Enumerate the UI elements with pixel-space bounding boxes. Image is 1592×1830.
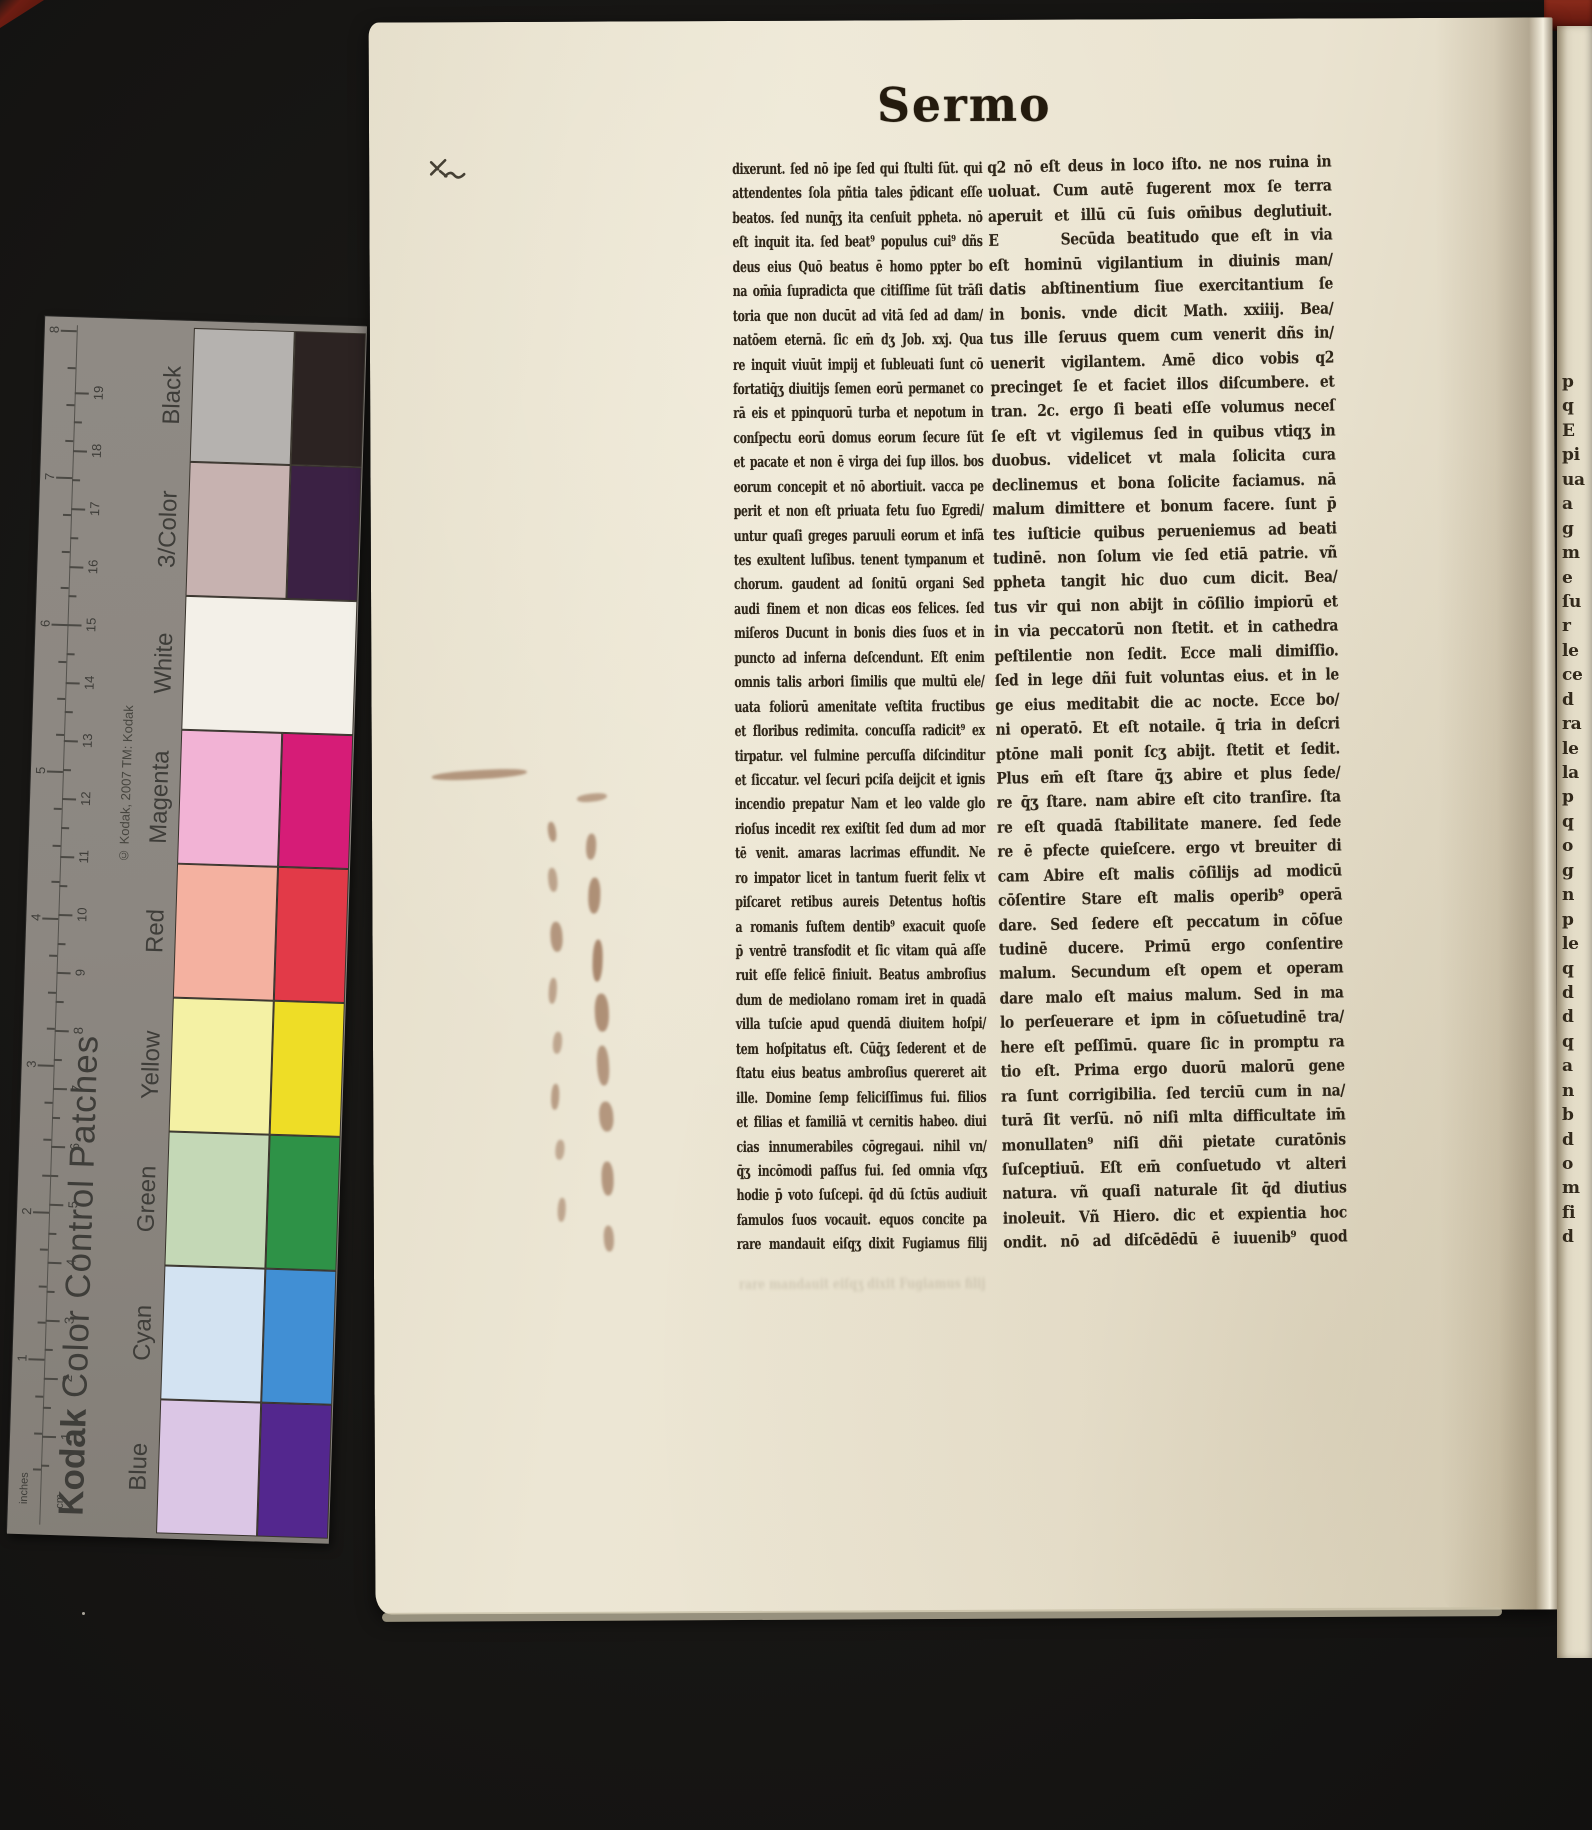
inch-quarter-tick (35, 1395, 43, 1397)
inch-number: 6 (38, 611, 53, 635)
fragment-line: o (1562, 834, 1592, 858)
text-line: puncto ad inferna deſcendunt. Eſt enim (734, 645, 984, 671)
text-line: eorum concepit et nō abortiuit. vacca pe (734, 474, 984, 500)
patch-label-white: White (132, 595, 196, 731)
patch-label-red: Red (124, 863, 188, 999)
ink-blob (555, 1139, 566, 1160)
ink-blob (577, 792, 608, 803)
book-binding-corner-left (0, 0, 44, 28)
patch-tint-green (165, 1133, 268, 1268)
fragment-line: g (1562, 859, 1592, 883)
text-line: rā eis et ppinquorū turba et nepotum in (733, 400, 983, 426)
patch-tint-yellow (170, 999, 273, 1134)
inch-tick (61, 330, 77, 333)
text-line: ondit. nō ad diſcēdēdū ē iuuenib⁹ quod (1003, 1225, 1347, 1256)
fragment-line: E (1562, 419, 1592, 443)
text-line: et floribus redimita. concuſſa radicit⁹ … (735, 718, 985, 744)
text-line: ſtatu eius beatus ambroſius quereret ait (736, 1060, 986, 1086)
fragment-line: le (1562, 932, 1592, 956)
text-line: tem hoſpitatus eſt. Cūq̄ʒ ſederent et de (736, 1036, 986, 1062)
fragment-line: q (1562, 957, 1592, 981)
cm-half-tick (67, 653, 75, 655)
text-line: attendentes ſola pñtia tales p̄dicant eſ… (732, 180, 982, 206)
ink-blob (548, 978, 558, 1004)
text-line: eſt inquit ita. ſed beat⁹ populus cui⁹ d… (732, 229, 982, 255)
text-line: miſeros Ducunt in bonis dies ſuos et in (734, 620, 984, 646)
ink-blob (550, 921, 564, 952)
inch-tick (51, 624, 67, 627)
inch-quarter-tick (62, 550, 70, 552)
fragment-line: q (1562, 1030, 1592, 1054)
text-line: tes exultent luſibus. tenent tympanum et (734, 547, 984, 573)
ink-blob (552, 1031, 563, 1054)
fragment-line: le (1562, 639, 1592, 663)
pen-mark-annotation (427, 152, 475, 188)
fragment-line: m (1562, 541, 1592, 565)
inch-quarter-tick (54, 808, 62, 810)
ink-blob (594, 993, 609, 1032)
text-line: hodie p̄ voto ſuſcepi. q̄d dū ſctūs audi… (737, 1182, 987, 1208)
text-line: conſpectu eorū domus eorum ſecure ſūt (733, 425, 983, 451)
text-line: perit et non eſt priuata fetu ſuo Egredi… (734, 498, 984, 524)
patch-solid-3color (287, 466, 360, 600)
text-line: dum de mediolano romam iret in quadā (736, 987, 986, 1013)
inch-quarter-tick (49, 954, 57, 956)
inch-quarter-tick (57, 697, 65, 699)
ink-blob (586, 833, 597, 859)
text-line: na om̄ia ſupradicta que citiſſime ſūt tr… (733, 278, 983, 304)
patch-tint-black (191, 329, 294, 464)
text-line: ruit eſſe felicē finiuit. Beatus ambroſi… (736, 962, 986, 988)
text-line: ille. Domine ſemp feliciſſimus fui. fili… (736, 1085, 986, 1111)
inch-quarter-tick (61, 587, 69, 589)
inch-tick (38, 1064, 54, 1067)
text-line: chorum. gaudent ad ſonitū organi Sed (734, 571, 984, 597)
patch-tint-cyan (161, 1266, 264, 1401)
patch-label-black: Black (141, 327, 205, 463)
patch-tint-blue (157, 1400, 260, 1535)
patch-solid-cyan (262, 1270, 335, 1404)
kodak-brand-text: Kodak (52, 1408, 94, 1516)
text-line: et ſiccatur. vel ſecuri pciſa deijcit et… (735, 767, 985, 793)
patch-label-cyan: Cyan (111, 1265, 175, 1401)
inch-quarter-tick (42, 1175, 50, 1177)
gutter-shadow (1435, 17, 1560, 1609)
ink-blob (547, 821, 558, 842)
text-line: a romanis fuſtem dentib⁹ exacuit quoſe (735, 913, 985, 939)
fragment-line: d (1562, 688, 1592, 712)
patch-solid-black (292, 332, 365, 466)
marginal-ink-marks (369, 17, 1553, 22)
cm-half-tick (70, 537, 78, 539)
fragment-line: la (1562, 761, 1592, 785)
inch-quarter-tick (68, 367, 76, 369)
fragment-line: a (1562, 492, 1592, 516)
cm-half-tick (47, 1291, 55, 1293)
show-through-text: rare mandauit eiſqʒ dixit Fugiamus filij (739, 1276, 1075, 1295)
ink-blob (601, 1161, 614, 1195)
inch-number: 8 (47, 317, 62, 341)
ink-blob (557, 1198, 566, 1222)
text-line: et pacate et non ē virga dei ſup illos. … (733, 449, 983, 475)
cm-half-tick (65, 711, 73, 713)
cm-tick (67, 624, 81, 626)
cm-tick (69, 566, 83, 568)
inch-quarter-tick (53, 844, 61, 846)
cm-number: 19 (91, 381, 106, 405)
patch-label-green: Green (115, 1131, 179, 1267)
fragment-line: a (1562, 1054, 1592, 1078)
ink-blob (551, 1084, 560, 1110)
fragment-line: g (1562, 517, 1592, 541)
inch-quarter-tick (47, 1028, 55, 1030)
fragment-line: n (1562, 1079, 1592, 1103)
fragment-line: p (1562, 370, 1592, 394)
inch-number: 4 (29, 905, 44, 929)
text-line: audi finem et non dicas eos felices. ſed (734, 596, 984, 622)
inch-number: 3 (24, 1052, 39, 1076)
inch-quarter-tick (66, 403, 74, 405)
text-line: natōem eternā. ſic em̄ dʒ Job. xxj. Qua (733, 327, 983, 353)
ink-blob (547, 867, 558, 892)
patch-label-blue: Blue (107, 1399, 171, 1535)
inch-number: 1 (15, 1346, 30, 1370)
fragment-line: p (1562, 785, 1592, 809)
next-page-text-fragments: pqEpiuaagmeſurlecedralelapqognpleqddqanb… (1557, 26, 1592, 1250)
inch-tick (56, 477, 72, 480)
text-line: p̄ ventrē transfodit et ſic vitam quā aſ… (736, 938, 986, 964)
photograph-canvas: cm inches 123456789101112131415161718191… (0, 0, 1592, 1830)
cm-tick (73, 450, 87, 452)
kodak-color-card: cm inches 123456789101112131415161718191… (7, 316, 367, 1544)
text-line: villa tuſcie apud quendā diuitem hoſpi/ (736, 1011, 986, 1037)
text-line: re inquit viuūt impij et ſubleuati ſunt … (733, 351, 983, 377)
text-column-left: dixerunt. ſed nō ipe ſed qui ſtulti ſūt.… (732, 156, 987, 1257)
fragment-line: q (1562, 394, 1592, 418)
ink-blob (592, 939, 603, 981)
cm-half-tick (56, 1001, 64, 1003)
text-line: omnis talis arbori ſimilis que multū ele… (734, 669, 984, 695)
next-page-edge: pqEpiuaagmeſurlecedralelapqognpleqddqanb… (1557, 26, 1592, 1658)
cm-half-tick (72, 479, 80, 481)
inch-tick (42, 917, 58, 920)
cm-half-tick (45, 1349, 53, 1351)
dust-speck (82, 1612, 85, 1615)
text-line: famulos ſuos vocauit. equos concite pa (737, 1207, 987, 1233)
running-title: Sermo (877, 77, 1081, 133)
text-column-right: q2 nō eſt deus in loco iſto. ne nos ruin… (987, 150, 1347, 1256)
inch-quarter-tick (39, 1285, 47, 1287)
fragment-line: m (1562, 1176, 1592, 1200)
text-line: beatos. ſed nunq̄ʒ ita cenſuit ppheta. n… (732, 205, 982, 231)
inch-quarter-tick (56, 734, 64, 736)
cm-half-tick (74, 421, 82, 423)
fragment-line: o (1562, 1152, 1592, 1176)
fragment-line: ce (1562, 663, 1592, 687)
cm-number: 15 (84, 613, 99, 637)
fragment-line: fi (1562, 1201, 1592, 1225)
fragment-line: ra (1562, 712, 1592, 736)
text-line: rioſus incedit rex exiſtit ſed dum ad mo… (735, 816, 985, 842)
inch-quarter-tick (65, 440, 73, 442)
inch-quarter-tick (51, 881, 59, 883)
text-line: incendio prepatur Nam et leo valde glo (735, 791, 985, 817)
patch-tint-red (174, 865, 277, 1000)
fragment-line: b (1562, 1103, 1592, 1127)
ink-blob (603, 1225, 614, 1252)
patch-label-3color: 3/Color (136, 461, 200, 597)
text-line: rare mandauit eiſqʒ dixit Fugiamus filij (737, 1231, 987, 1257)
text-line: toria que non ducūt ad vitā ſed ad dam/ (733, 303, 983, 329)
patch-label-magenta: Magenta (128, 729, 192, 865)
inch-quarter-tick (63, 514, 71, 516)
fragment-line: le (1562, 737, 1592, 761)
cm-half-tick (41, 1465, 49, 1467)
cm-half-tick (57, 943, 65, 945)
cm-half-tick (54, 1059, 62, 1061)
inch-number: 5 (34, 758, 49, 782)
patch-white (182, 597, 356, 734)
patch-solid-green (266, 1136, 339, 1270)
cm-half-tick (52, 1117, 60, 1119)
inch-quarter-tick (44, 1101, 52, 1103)
inch-number: 7 (43, 464, 58, 488)
fragment-line: ua (1562, 468, 1592, 492)
fragment-line: d (1562, 1128, 1592, 1152)
book-page: Sermo dixerunt. ſed nō ipe ſed qui ſtult… (369, 17, 1560, 1614)
fragment-line: d (1562, 1225, 1592, 1249)
cm-half-tick (68, 595, 76, 597)
inches-scale-label: inches (18, 1466, 31, 1510)
patch-label-yellow: Yellow (120, 997, 184, 1133)
fragment-line: q (1562, 810, 1592, 834)
fragment-line: r (1562, 614, 1592, 638)
patch-tint-3color (187, 463, 290, 598)
ink-blob (596, 1045, 610, 1086)
inch-quarter-tick (43, 1138, 51, 1140)
cm-half-tick (50, 1175, 58, 1177)
patch-tint-magenta (178, 731, 281, 866)
cm-half-tick (61, 827, 69, 829)
cm-half-tick (59, 885, 67, 887)
inch-number: 2 (20, 1199, 35, 1223)
cm-half-tick (48, 1233, 56, 1235)
fragment-line: p (1562, 908, 1592, 932)
inch-quarter-tick (33, 1469, 41, 1471)
ink-blob (588, 877, 601, 913)
inch-quarter-tick (40, 1248, 48, 1250)
inch-tick (47, 771, 63, 774)
inch-quarter-tick (48, 991, 56, 993)
cm-half-tick (63, 769, 71, 771)
text-line: piſcaret retibus aureis Detentus hoſtis (735, 889, 985, 915)
fragment-line: n (1562, 883, 1592, 907)
cm-number: 18 (90, 439, 105, 463)
cm-number: 16 (86, 555, 101, 579)
fragment-line: pi (1562, 443, 1592, 467)
fragment-line: d (1562, 981, 1592, 1005)
text-line: dixerunt. ſed nō ipe ſed qui ſtulti ſūt.… (732, 156, 982, 182)
cm-tick (71, 508, 85, 510)
patch-solid-magenta (279, 734, 352, 868)
fragment-line: ſu (1562, 590, 1592, 614)
text-line: q̄ʒ incōmodi paſſus fui. ſed omnia vſqʒ (736, 1158, 986, 1184)
text-line: untur quaſi greges paruuli eorum et infā (734, 522, 984, 548)
ink-blob (598, 1101, 614, 1132)
ink-blob (432, 767, 527, 781)
text-line: tē venit. amaras lacrimas effundit. Ne (735, 840, 985, 866)
patch-solid-red (275, 868, 348, 1002)
patch-solid-yellow (271, 1002, 344, 1136)
text-line: uata foliorū amenitate veſtita fructibus (734, 694, 984, 720)
text-line: tirpatur. vel fulmine percuſſa diſcindit… (735, 742, 985, 768)
inch-tick (28, 1358, 44, 1361)
cm-half-tick (43, 1407, 51, 1409)
inch-quarter-tick (38, 1322, 46, 1324)
inch-quarter-tick (34, 1432, 42, 1434)
inch-tick (33, 1211, 49, 1214)
patch-solid-blue (258, 1404, 331, 1538)
inch-quarter-tick (58, 661, 66, 663)
text-line: ro impator licet in tantum fuerit felix … (735, 865, 985, 891)
text-line: deus eius Quō beatus ē homo ppter bo (733, 254, 983, 280)
cm-number: 17 (88, 497, 103, 521)
text-line: cias innumerabiles cōgregaui. nihil vn/ (736, 1133, 986, 1159)
text-line: et filias et familiā vt cernitis habeo. … (736, 1109, 986, 1135)
fragment-line: d (1562, 1005, 1592, 1029)
text-line: fortatiq̄ʒ diuitijs ſemen eorū permanet … (733, 376, 983, 402)
fragment-line: e (1562, 566, 1592, 590)
cm-tick (75, 392, 89, 394)
